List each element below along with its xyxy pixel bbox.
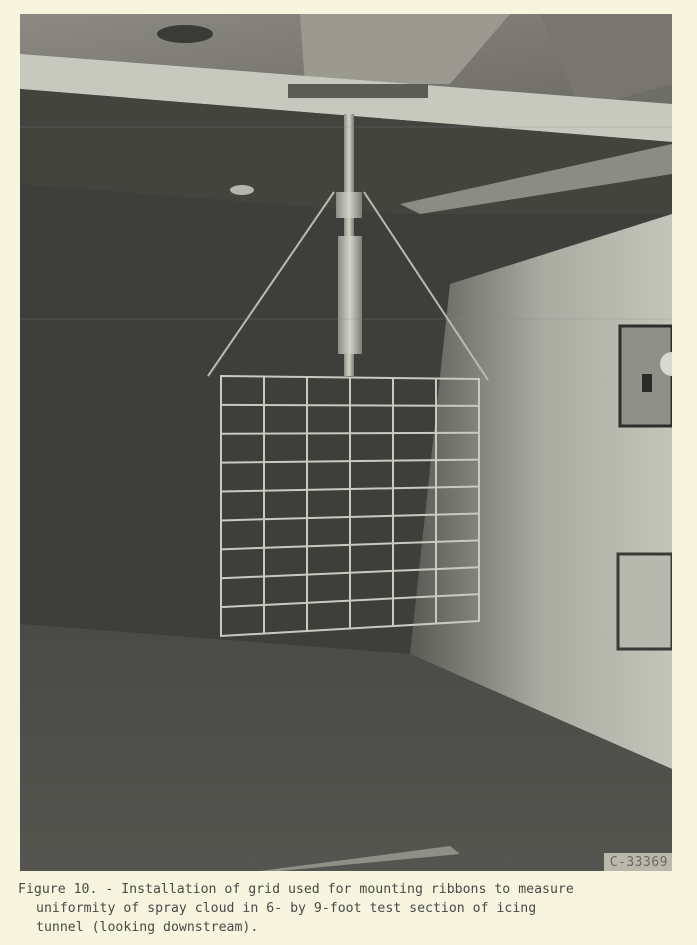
caption-line-3: tunnel (looking downstream). — [18, 918, 688, 937]
figure-photo: C-33369 — [20, 14, 672, 871]
photo-id-label: C-33369 — [604, 853, 672, 871]
caption-line-2: uniformity of spray cloud in 6- by 9-foo… — [18, 899, 688, 918]
caption-line-1: Figure 10. - Installation of grid used f… — [18, 880, 688, 899]
figure-caption: Figure 10. - Installation of grid used f… — [18, 880, 688, 937]
tunnel-photo-illustration — [20, 14, 672, 871]
